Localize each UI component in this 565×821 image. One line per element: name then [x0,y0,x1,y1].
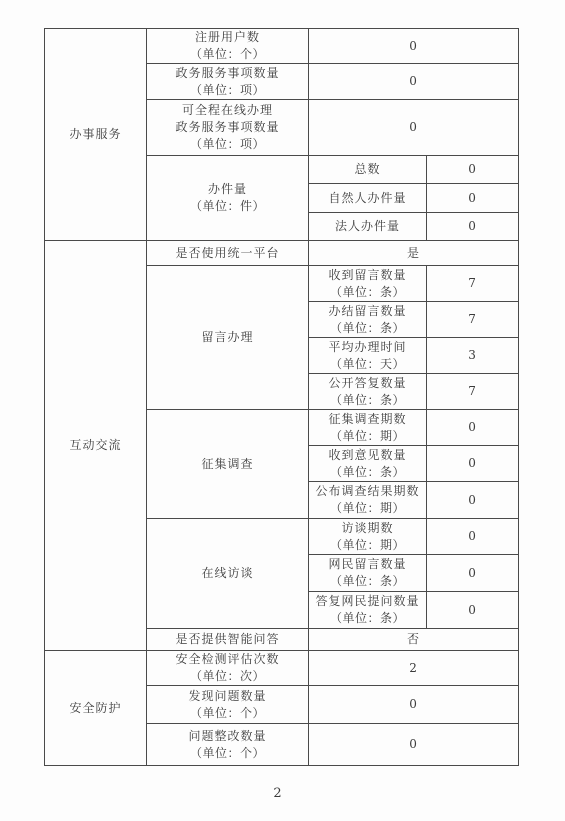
value-interviews-netizen-messages: 0 [427,555,519,592]
row-unified-platform: 互动交流 是否使用统一平台 是 [45,241,519,266]
item-name-line2: 政务服务事项数量 [147,119,308,136]
section-cell-service: 办事服务 [45,29,147,241]
item-unit: （单位：次） [147,668,308,685]
item-cell-problems-fixed: 问题整改数量 （单位：个） [147,724,309,766]
subitem-name: 办结留言数量 [309,303,426,320]
subitem-unit: （单位：条） [309,320,426,337]
item-cell-smart-qa: 是否提供智能问答 [147,629,309,651]
value-smart-qa: 否 [309,629,519,651]
subitem-unit: （单位：条） [309,392,426,409]
section-cell-security: 安全防护 [45,651,147,766]
subitem-unit: （单位：期） [309,537,426,554]
value-interviews-periods: 0 [427,519,519,555]
item-unit: （单位：个） [147,705,308,722]
subitem-surveys-periods: 征集调查期数 （单位：期） [309,410,427,446]
subitem-cases-legal: 法人办件量 [309,213,427,241]
item-name: 办件量 [147,181,308,198]
subitem-name: 收到意见数量 [309,447,426,464]
value-surveys-opinions: 0 [427,446,519,482]
item-name-line1: 可全程在线办理 [147,102,308,119]
subitem-unit: （单位：条） [309,464,426,481]
annual-report-table: 办事服务 注册用户数 （单位：个） 0 政务服务事项数量 （单位：项） 0 可全… [44,28,519,766]
subitem-cases-natural: 自然人办件量 [309,184,427,213]
item-name: 注册用户数 [147,29,308,46]
subitem-name: 答复网民提问数量 [309,593,426,610]
row-security-assessments: 安全防护 安全检测评估次数 （单位：次） 2 [45,651,519,686]
value-security-assessments: 2 [309,651,519,686]
subitem-messages-completed: 办结留言数量 （单位：条） [309,302,427,338]
subitem-unit: （单位：天） [309,356,426,373]
page-number: 2 [0,786,555,801]
item-unit: （单位：项） [147,136,308,153]
item-cell-unified-platform: 是否使用统一平台 [147,241,309,266]
item-cell-messages: 留言办理 [147,266,309,410]
item-unit: （单位：件） [147,198,308,215]
value-messages-received: 7 [427,266,519,302]
value-messages-avg-time: 3 [427,338,519,374]
item-cell-surveys: 征集调查 [147,410,309,519]
item-name: 政务服务事项数量 [147,65,308,82]
subitem-interviews-netizen-messages: 网民留言数量 （单位：条） [309,555,427,592]
item-cell-interviews: 在线访谈 [147,519,309,629]
subitem-surveys-opinions: 收到意见数量 （单位：条） [309,446,427,482]
value-messages-public-replies: 7 [427,374,519,410]
subitem-unit: （单位：期） [309,428,426,445]
subitem-unit: （单位：期） [309,500,426,517]
value-interviews-question-replies: 0 [427,592,519,629]
item-cell-security-assessments: 安全检测评估次数 （单位：次） [147,651,309,686]
item-cell-gov-service-items: 政务服务事项数量 （单位：项） [147,64,309,100]
item-cell-cases: 办件量 （单位：件） [147,156,309,241]
row-registered-users: 办事服务 注册用户数 （单位：个） 0 [45,29,519,64]
subitem-unit: （单位：条） [309,284,426,301]
subitem-name: 公开答复数量 [309,375,426,392]
subitem-unit: （单位：条） [309,610,426,627]
value-problems-fixed: 0 [309,724,519,766]
item-unit: （单位：个） [147,46,308,63]
section-label-interaction: 互动交流 [45,437,146,454]
subitem-interviews-periods: 访谈期数 （单位：期） [309,519,427,555]
subitem-name: 平均办理时间 [309,339,426,356]
subitem-interviews-question-replies: 答复网民提问数量 （单位：条） [309,592,427,629]
value-problems-found: 0 [309,686,519,724]
item-unit: （单位：项） [147,82,308,99]
subitem-unit: （单位：条） [309,573,426,590]
value-surveys-periods: 0 [427,410,519,446]
item-name: 发现问题数量 [147,688,308,705]
item-cell-online-items: 可全程在线办理 政务服务事项数量 （单位：项） [147,100,309,156]
value-cases-legal: 0 [427,213,519,241]
subitem-name: 收到留言数量 [309,267,426,284]
subitem-name: 公布调查结果期数 [309,483,426,500]
subitem-name: 网民留言数量 [309,556,426,573]
subitem-messages-received: 收到留言数量 （单位：条） [309,266,427,302]
section-label-service: 办事服务 [45,126,146,143]
item-unit: （单位：个） [147,745,308,762]
item-cell-registered-users: 注册用户数 （单位：个） [147,29,309,64]
value-online-items: 0 [309,100,519,156]
item-cell-problems-found: 发现问题数量 （单位：个） [147,686,309,724]
item-name: 安全检测评估次数 [147,651,308,668]
item-name: 问题整改数量 [147,728,308,745]
value-surveys-results: 0 [427,482,519,519]
subitem-surveys-results: 公布调查结果期数 （单位：期） [309,482,427,519]
value-gov-service-items: 0 [309,64,519,100]
value-cases-total: 0 [427,156,519,184]
subitem-messages-avg-time: 平均办理时间 （单位：天） [309,338,427,374]
value-cases-natural: 0 [427,184,519,213]
section-label-security: 安全防护 [45,700,146,717]
subitem-name: 访谈期数 [309,520,426,537]
subitem-cases-total: 总数 [309,156,427,184]
value-messages-completed: 7 [427,302,519,338]
subitem-name: 征集调查期数 [309,411,426,428]
value-unified-platform: 是 [309,241,519,266]
section-cell-interaction: 互动交流 [45,241,147,651]
subitem-messages-public-replies: 公开答复数量 （单位：条） [309,374,427,410]
value-registered-users: 0 [309,29,519,64]
